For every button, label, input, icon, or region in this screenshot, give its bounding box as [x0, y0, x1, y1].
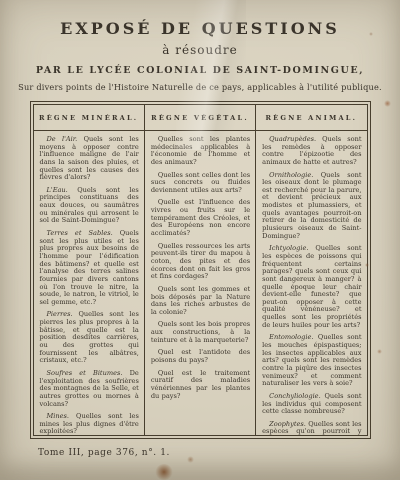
table-body: De l'Air. Quels sont les moyens à oppose…	[34, 131, 367, 435]
question-paragraph: Quel est le traitement curatif des malad…	[151, 370, 250, 401]
question-text: Quelles ressources les arts peuvent-ils …	[151, 242, 250, 281]
ink-stain	[384, 100, 391, 107]
question-text: Quelles sont les mouches épispastiques; …	[262, 333, 361, 387]
ink-stain	[377, 349, 382, 354]
question-text: Quel est le traitement curatif des malad…	[151, 369, 250, 400]
question-paragraph: L'Eau. Quels sont les principes constitu…	[40, 187, 139, 225]
question-paragraph: Soufres et Bitumes. De l'exploitation de…	[40, 370, 139, 408]
question-paragraph: Ornithologie. Quels sont les oiseaux don…	[262, 172, 361, 241]
question-text: Quelles sont les pierres les plus propre…	[40, 310, 139, 364]
question-paragraph: Quels sont les bois propres aux construc…	[151, 321, 250, 344]
question-paragraph: Conchyliologie. Quels sont les individus…	[262, 393, 361, 416]
question-paragraph: De l'Air. Quels sont les moyens à oppose…	[40, 136, 139, 182]
column-animal: Quadrupèdes. Quels sont les remèdes à op…	[255, 131, 366, 435]
page-subtitle: à résoudre	[0, 43, 400, 57]
question-text: Quel est l'antidote des poisons du pays?	[151, 348, 250, 364]
question-paragraph: Zoophytes. Quelles sont les espèces qu'o…	[262, 421, 361, 435]
table-header-row: RÈGNE MINÉRAL. RÈGNE VÉGÉTAL. RÈGNE ANIM…	[34, 105, 367, 131]
column-header-vegetal: RÈGNE VÉGÉTAL.	[144, 105, 255, 130]
ink-stain	[155, 464, 173, 480]
question-paragraph: Entomologie. Quelles sont les mouches ép…	[262, 334, 361, 387]
question-text: Quelles sont les plantes médecinales app…	[151, 135, 250, 166]
byline: PAR LE LYCÉE COLONIAL DE SAINT-DOMINGUE,	[0, 65, 400, 76]
question-text: Quels sont les gommes et bois déposés pa…	[151, 285, 250, 316]
questions-table: RÈGNE MINÉRAL. RÈGNE VÉGÉTAL. RÈGNE ANIM…	[30, 101, 371, 439]
citation-footer: Tome III, page 376, n°. 1.	[38, 448, 400, 458]
question-text: Quels sont les moyens à opposer contre l…	[40, 135, 139, 181]
question-paragraph: Quelle est l'influence des vivres ou fru…	[151, 199, 250, 237]
question-paragraph: Terres et Sables. Quels sont les plus ut…	[40, 230, 139, 306]
question-text: Quels sont les oiseaux dont le plumage e…	[262, 171, 361, 240]
question-paragraph: Ichtyologie. Quelles sont les espèces de…	[262, 245, 361, 329]
question-paragraph: Quelles ressources les arts peuvent-ils …	[151, 243, 250, 281]
question-paragraph: Quelles sont celles dont les sucs concre…	[151, 172, 250, 195]
column-header-mineral: RÈGNE MINÉRAL.	[34, 105, 144, 130]
questions-table-inner: RÈGNE MINÉRAL. RÈGNE VÉGÉTAL. RÈGNE ANIM…	[33, 104, 368, 436]
question-paragraph: Quelles sont les plantes médecinales app…	[151, 136, 250, 167]
column-header-animal: RÈGNE ANIMAL.	[255, 105, 366, 130]
question-text: Quelles sont celles dont les sucs concre…	[151, 171, 250, 194]
question-paragraph: Quel est l'antidote des poisons du pays?	[151, 349, 250, 364]
page-title: EXPOSÉ DE QUESTIONS	[0, 19, 400, 38]
question-text: Quelles sont les espèces de poissons qui…	[262, 244, 361, 328]
document-page: EXPOSÉ DE QUESTIONS à résoudre PAR LE LY…	[0, 0, 400, 480]
question-text: Quels sont les bois propres aux construc…	[151, 320, 250, 343]
description-line: Sur divers points de l'Histoire Naturell…	[0, 82, 400, 92]
question-paragraph: Pierres. Quelles sont les pierres les pl…	[40, 311, 139, 364]
question-paragraph: Quadrupèdes. Quels sont les remèdes à op…	[262, 136, 361, 167]
question-text: Quelle est l'influence des vivres ou fru…	[151, 198, 250, 237]
masthead: EXPOSÉ DE QUESTIONS à résoudre PAR LE LY…	[0, 0, 400, 92]
question-text: Quels sont les plus utiles et les plus p…	[40, 229, 139, 306]
question-paragraph: Quels sont les gommes et bois déposés pa…	[151, 286, 250, 317]
column-mineral: De l'Air. Quels sont les moyens à oppose…	[34, 131, 144, 435]
column-vegetal: Quelles sont les plantes médecinales app…	[144, 131, 255, 435]
question-paragraph: Mines. Quelles sont les mines les plus d…	[40, 413, 139, 435]
